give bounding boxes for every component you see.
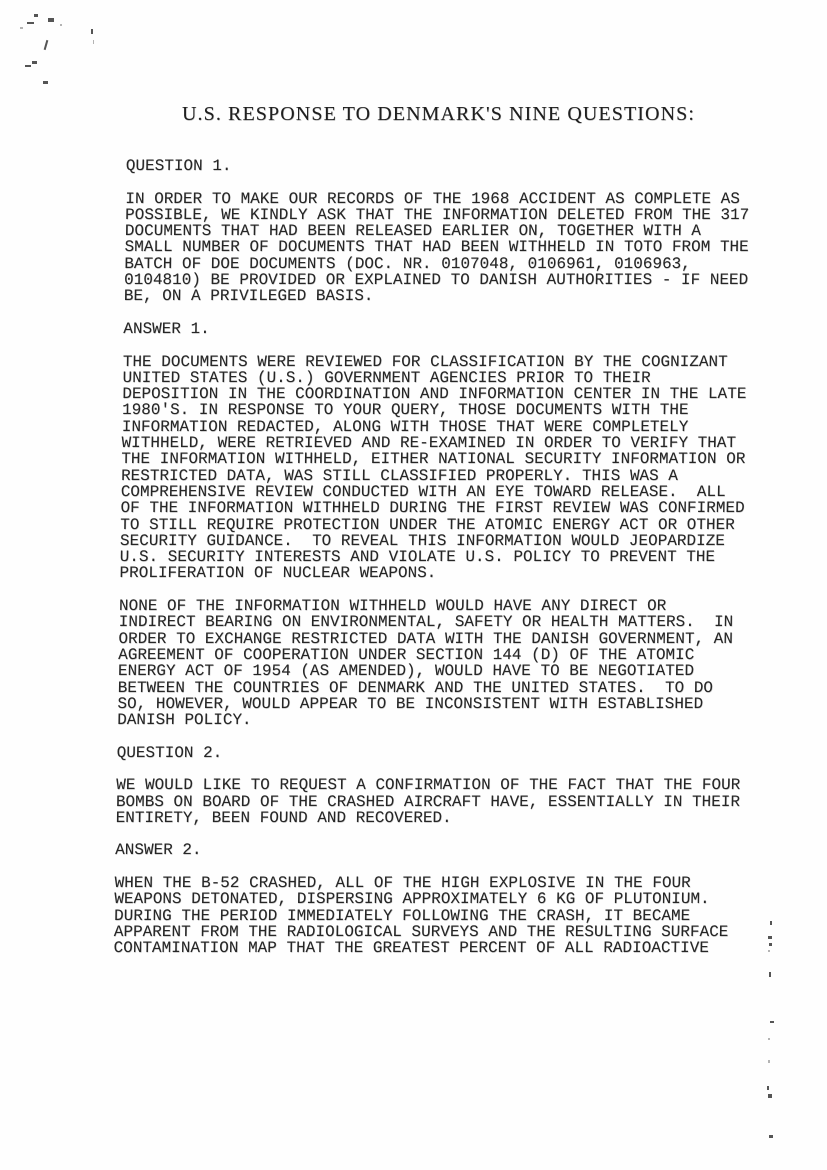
speck (48, 18, 54, 22)
speck (769, 1135, 773, 1138)
speck (767, 1086, 769, 1090)
answer-1-heading: ANSWER 1. (123, 321, 747, 337)
speck (20, 27, 23, 29)
speck (44, 40, 49, 50)
speck (768, 936, 772, 939)
speck (769, 943, 772, 946)
document-body: QUESTION 1. IN ORDER TO MAKE OUR RECORDS… (113, 158, 750, 973)
speck (25, 65, 31, 67)
speck (768, 1094, 772, 1098)
speck (93, 40, 94, 44)
speck (27, 22, 34, 24)
speck (43, 81, 48, 84)
answer-2-heading: ANSWER 2. (115, 842, 739, 858)
section-question-2: QUESTION 2. WE WOULD LIKE TO REQUEST A C… (116, 745, 741, 826)
speck (34, 14, 38, 17)
answer-2-text: WHEN THE B-52 CRASHED, ALL OF THE HIGH E… (113, 875, 738, 956)
speck (769, 972, 771, 977)
speck (770, 1021, 774, 1023)
section-answer-1: ANSWER 1. THE DOCUMENTS WERE REVIEWED FO… (117, 321, 748, 728)
question-2-text: WE WOULD LIKE TO REQUEST A CONFIRMATION … (116, 777, 741, 826)
speck (770, 921, 772, 925)
speck (32, 61, 37, 64)
scanned-document-page: U.S. RESPONSE TO DENMARK'S NINE QUESTION… (0, 0, 827, 1170)
question-2-heading: QUESTION 2. (117, 745, 741, 761)
speck (60, 24, 62, 26)
speck (768, 1038, 770, 1040)
speck (91, 29, 93, 34)
document-title: U.S. RESPONSE TO DENMARK'S NINE QUESTION… (0, 103, 827, 126)
speck (768, 950, 770, 952)
question-1-text: IN ORDER TO MAKE OUR RECORDS OF THE 1968… (124, 191, 750, 305)
question-1-heading: QUESTION 1. (126, 158, 750, 174)
answer-1-paragraph-1: THE DOCUMENTS WERE REVIEWED FOR CLASSIFI… (119, 354, 747, 582)
section-question-1: QUESTION 1. IN ORDER TO MAKE OUR RECORDS… (124, 158, 750, 305)
section-answer-2: ANSWER 2. WHEN THE B-52 CRASHED, ALL OF … (113, 842, 739, 956)
speck (768, 1060, 770, 1063)
answer-1-paragraph-2: NONE OF THE INFORMATION WITHHELD WOULD H… (117, 598, 743, 728)
